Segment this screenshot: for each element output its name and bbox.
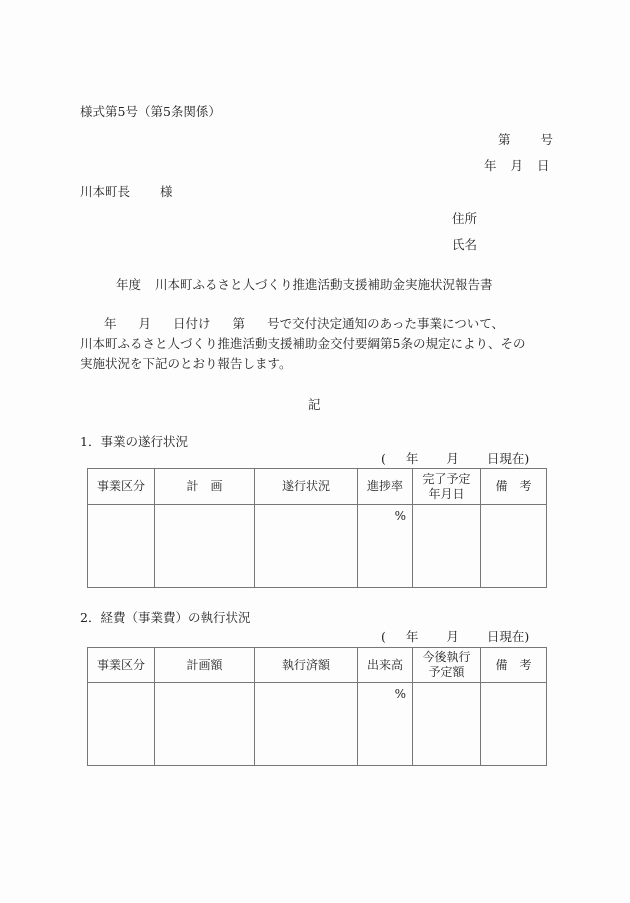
- cell-category[interactable]: [88, 505, 155, 588]
- header-line: 予定額: [428, 665, 464, 679]
- header-line: 完了予定: [422, 472, 470, 486]
- as-of-open: (: [381, 451, 386, 466]
- col-header-planned-amount: 計画額: [155, 648, 255, 683]
- body-day: 日付け: [173, 316, 211, 331]
- date-day: 日: [537, 158, 550, 173]
- col-header-output: 出来高: [358, 648, 413, 683]
- cell-remarks[interactable]: [481, 683, 547, 766]
- date-year: 年: [484, 158, 497, 173]
- table-row: %: [88, 505, 547, 588]
- document-number: 第号: [498, 134, 553, 147]
- header-line: 年月日: [428, 487, 464, 501]
- col-header-remarks: 備 考: [481, 469, 547, 505]
- body-line-3: 実施状況を下記のとおり報告します。: [80, 358, 292, 371]
- title-fiscal-year: 年度: [116, 277, 141, 292]
- as-of-month: 月: [446, 629, 459, 644]
- cell-remarks[interactable]: [481, 505, 547, 588]
- addressee-honorific: 様: [160, 184, 173, 199]
- name-label: 氏名: [452, 239, 477, 252]
- col-header-executed-amount: 執行済額: [255, 648, 358, 683]
- date-month: 月: [511, 158, 524, 173]
- progress-table: 事業区分 計 画 遂行状況 進捗率 完了予定年月日 備 考 %: [87, 468, 547, 588]
- doc-number-prefix: 第: [498, 132, 511, 147]
- body-line-1: 年月日付け第号で交付決定通知のあった事業について、: [104, 318, 504, 331]
- body-line-2: 川本町ふるさと人づくり推進活動支援補助金交付要綱第5条の規定により、その: [80, 338, 525, 351]
- body-line-1-rest: 号で交付決定通知のあった事業について、: [267, 316, 504, 331]
- as-of-year: 年: [406, 629, 419, 644]
- table-header-row: 事業区分 計 画 遂行状況 進捗率 完了予定年月日 備 考: [88, 469, 547, 505]
- body-number-prefix: 第: [233, 316, 246, 331]
- addressee-name: 川本町長: [80, 184, 130, 199]
- document-date: 年月日: [484, 160, 550, 173]
- col-header-category: 事業区分: [88, 648, 155, 683]
- addressee: 川本町長様: [80, 186, 173, 199]
- col-header-plan: 計 画: [155, 469, 255, 505]
- section-2-as-of: (年月日現在): [381, 631, 529, 644]
- col-header-status: 遂行状況: [255, 469, 358, 505]
- cell-planned-amount[interactable]: [155, 683, 255, 766]
- form-label: 様式第5号（第5条関係）: [80, 106, 221, 119]
- as-of-month: 月: [446, 451, 459, 466]
- col-header-remarks: 備 考: [481, 648, 547, 683]
- cell-plan[interactable]: [155, 505, 255, 588]
- doc-number-suffix: 号: [541, 132, 554, 147]
- expense-table: 事業区分 計画額 執行済額 出来高 今後執行予定額 備 考 %: [87, 647, 547, 766]
- body-month: 月: [139, 316, 152, 331]
- col-header-progress-rate: 進捗率: [358, 469, 413, 505]
- table-row: %: [88, 683, 547, 766]
- cell-executed-amount[interactable]: [255, 683, 358, 766]
- document-title: 年度川本町ふるさと人づくり推進活動支援補助金実施状況報告書: [116, 279, 493, 292]
- as-of-day: 日現在): [487, 451, 529, 466]
- section-2-heading: 2．経費（事業費）の執行状況: [80, 612, 250, 625]
- as-of-day: 日現在): [487, 629, 529, 644]
- col-header-planned-future: 今後執行予定額: [413, 648, 481, 683]
- section-1-heading: 1．事業の遂行状況: [80, 436, 188, 449]
- cell-output[interactable]: %: [358, 683, 413, 766]
- ki-label: 記: [308, 399, 321, 412]
- cell-completion-date[interactable]: [413, 505, 481, 588]
- address-label: 住所: [452, 213, 477, 226]
- as-of-year: 年: [406, 451, 419, 466]
- col-header-category: 事業区分: [88, 469, 155, 505]
- cell-status[interactable]: [255, 505, 358, 588]
- table-header-row: 事業区分 計画額 執行済額 出来高 今後執行予定額 備 考: [88, 648, 547, 683]
- col-header-completion-date: 完了予定年月日: [413, 469, 481, 505]
- section-1-as-of: (年月日現在): [381, 453, 529, 466]
- body-year: 年: [104, 316, 117, 331]
- cell-category[interactable]: [88, 683, 155, 766]
- cell-progress-rate[interactable]: %: [358, 505, 413, 588]
- as-of-open: (: [381, 629, 386, 644]
- header-line: 今後執行: [422, 650, 470, 664]
- cell-planned-future[interactable]: [413, 683, 481, 766]
- title-name: 川本町ふるさと人づくり推進活動支援補助金実施状況報告書: [155, 277, 493, 292]
